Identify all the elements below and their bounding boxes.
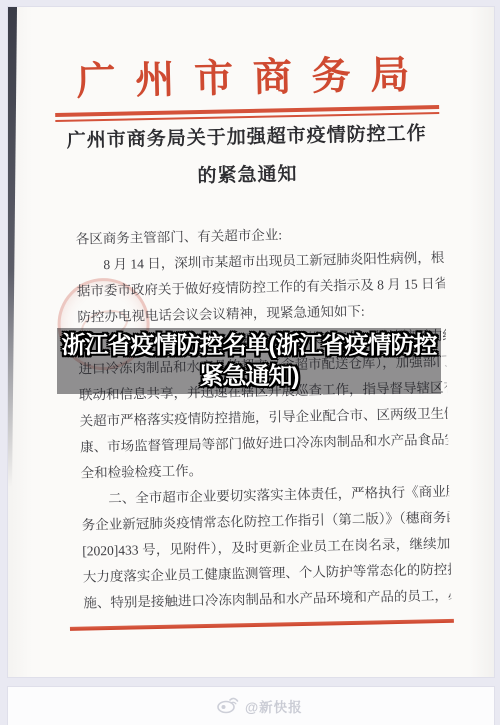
document-body: 各区商务主管部门、有关超市企业: 8 月 14 日，深圳市某超市出现员工新冠肺炎… [76,219,452,617]
second-photo-strip: @新快报 [8,687,494,725]
weibo-icon [216,694,240,719]
caption-text-line2: 紧急通知) [57,361,441,392]
document-title: 广州市商务局关于加强超市疫情防控工作 的紧急通知 [33,115,460,200]
watermark-text: @新快报 [245,696,303,716]
next-page-red-rule [70,619,454,631]
agency-letterhead: 广 州 市 商 务 局 [8,52,489,106]
caption-overlay: 浙江省疫情防控名单(浙江省疫情防控 紧急通知) [57,328,441,394]
caption-text-line1: 浙江省疫情防控名单(浙江省疫情防控 [57,330,441,361]
watermark: @新快报 [216,695,303,717]
